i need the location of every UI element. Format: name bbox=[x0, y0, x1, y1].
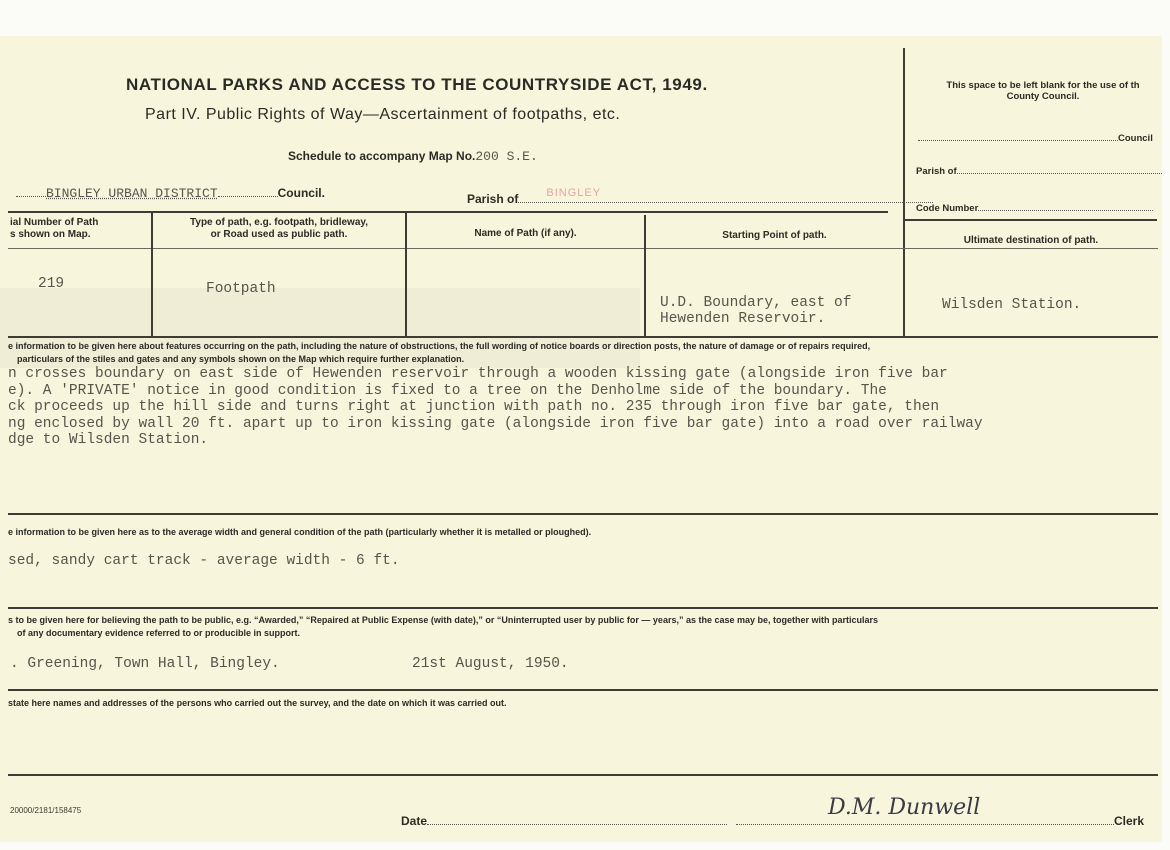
features-instruction-2: particulars of the stiles and gates and … bbox=[17, 354, 464, 364]
features-text: n crosses boundary on east side of Hewen… bbox=[8, 366, 983, 449]
date-field[interactable] bbox=[427, 813, 727, 825]
features-line: ck proceeds up the hill side and turns r… bbox=[8, 399, 983, 416]
width-instruction: e information to be given here as to the… bbox=[8, 527, 591, 537]
form-title: NATIONAL PARKS AND ACCESS TO THE COUNTRY… bbox=[126, 75, 708, 95]
county-parish-label: Parish of bbox=[916, 166, 957, 177]
features-instruction-1: e information to be given here about fea… bbox=[8, 341, 870, 351]
survey-section-rule bbox=[8, 689, 1158, 691]
council-label: Council. bbox=[278, 186, 325, 200]
width-section-rule bbox=[8, 513, 1158, 515]
features-line: dge to Wilsden Station. bbox=[8, 432, 983, 449]
schedule-label: Schedule to accompany Map No. bbox=[288, 149, 475, 163]
clerk-signature-field[interactable]: D.M. Dunwell bbox=[736, 813, 1114, 825]
dot-leader bbox=[218, 187, 278, 197]
dot-leader bbox=[16, 187, 46, 197]
table-top-rule bbox=[8, 211, 888, 213]
parish-stamp: BINGLEY bbox=[546, 187, 601, 199]
features-line: e). A 'PRIVATE' notice in good condition… bbox=[8, 383, 983, 400]
cell-type: Footpath bbox=[206, 281, 276, 297]
county-code-label: Code Number bbox=[916, 203, 978, 214]
parish-line: Parish ofBINGLEY bbox=[467, 190, 933, 208]
features-line: ng enclosed by wall 20 ft. apart up to i… bbox=[8, 416, 983, 433]
county-parish-field[interactable] bbox=[957, 162, 1162, 174]
council-field[interactable]: BINGLEY URBAN DISTRICT bbox=[46, 186, 218, 201]
county-box-bottom-rule bbox=[903, 219, 1157, 221]
survey-instruction: state here names and addresses of the pe… bbox=[8, 698, 506, 708]
form-subtitle: Part IV. Public Rights of Way—Ascertainm… bbox=[145, 106, 620, 124]
col-header-name: Name of Path (if any). bbox=[407, 228, 644, 240]
public-instruction-2: of any documentary evidence referred to … bbox=[17, 628, 300, 638]
footer-rule bbox=[8, 774, 1158, 776]
council-line: BINGLEY URBAN DISTRICTCouncil. bbox=[16, 185, 325, 201]
county-note-line2: County Council. bbox=[918, 91, 1168, 102]
cell-start-line2: Hewenden Reservoir. bbox=[660, 311, 851, 327]
cell-start: U.D. Boundary, east of Hewenden Reservoi… bbox=[660, 295, 851, 327]
print-code: 20000/2181/158475 bbox=[10, 806, 81, 815]
clerk-signature: D.M. Dunwell bbox=[828, 795, 980, 820]
county-note: This space to be left blank for the use … bbox=[918, 80, 1168, 102]
cell-destination: Wilsden Station. bbox=[942, 297, 1081, 313]
width-value: sed, sandy cart track - average width - … bbox=[8, 553, 400, 569]
features-line: n crosses boundary on east side of Hewen… bbox=[8, 366, 983, 383]
county-code-field[interactable] bbox=[978, 199, 1153, 211]
clerk-line: D.M. DunwellClerk bbox=[736, 812, 1144, 830]
county-council-label: Council bbox=[1118, 133, 1153, 144]
county-code-line: Code Number bbox=[916, 198, 1153, 216]
col-header-type: Type of path, e.g. footpath, bridleway, … bbox=[153, 217, 405, 241]
county-council-field[interactable] bbox=[918, 129, 1118, 141]
county-note-line1: This space to be left blank for the use … bbox=[918, 80, 1168, 91]
public-instruction-1: s to be given here for believing the pat… bbox=[8, 615, 878, 625]
county-box-divider bbox=[903, 48, 905, 338]
public-date: 21st August, 1950. bbox=[412, 656, 569, 672]
clerk-label: Clerk bbox=[1114, 814, 1144, 828]
map-number-field[interactable]: 200 S.E. bbox=[475, 149, 537, 164]
col-header-destination: Ultimate destination of path. bbox=[905, 235, 1157, 247]
public-section-rule bbox=[8, 607, 1158, 609]
col-header-start: Starting Point of path. bbox=[646, 230, 903, 242]
table-header-rule bbox=[8, 248, 1158, 249]
date-label: Date bbox=[401, 814, 427, 828]
schedule-line: Schedule to accompany Map No.200 S.E. bbox=[288, 149, 538, 164]
cell-start-line1: U.D. Boundary, east of bbox=[660, 295, 851, 311]
parish-label: Parish of bbox=[467, 192, 518, 206]
col-header-serial: ial Number of Path s shown on Map. bbox=[0, 217, 160, 241]
county-parish-line: Parish of bbox=[916, 161, 1162, 179]
date-line: Date bbox=[401, 812, 727, 830]
cell-serial: 219 bbox=[38, 276, 64, 292]
public-value: . Greening, Town Hall, Bingley. bbox=[10, 656, 280, 672]
table-bottom-rule bbox=[8, 336, 1158, 338]
parish-field[interactable]: BINGLEY bbox=[518, 191, 933, 203]
county-council-line: Council bbox=[918, 128, 1153, 146]
